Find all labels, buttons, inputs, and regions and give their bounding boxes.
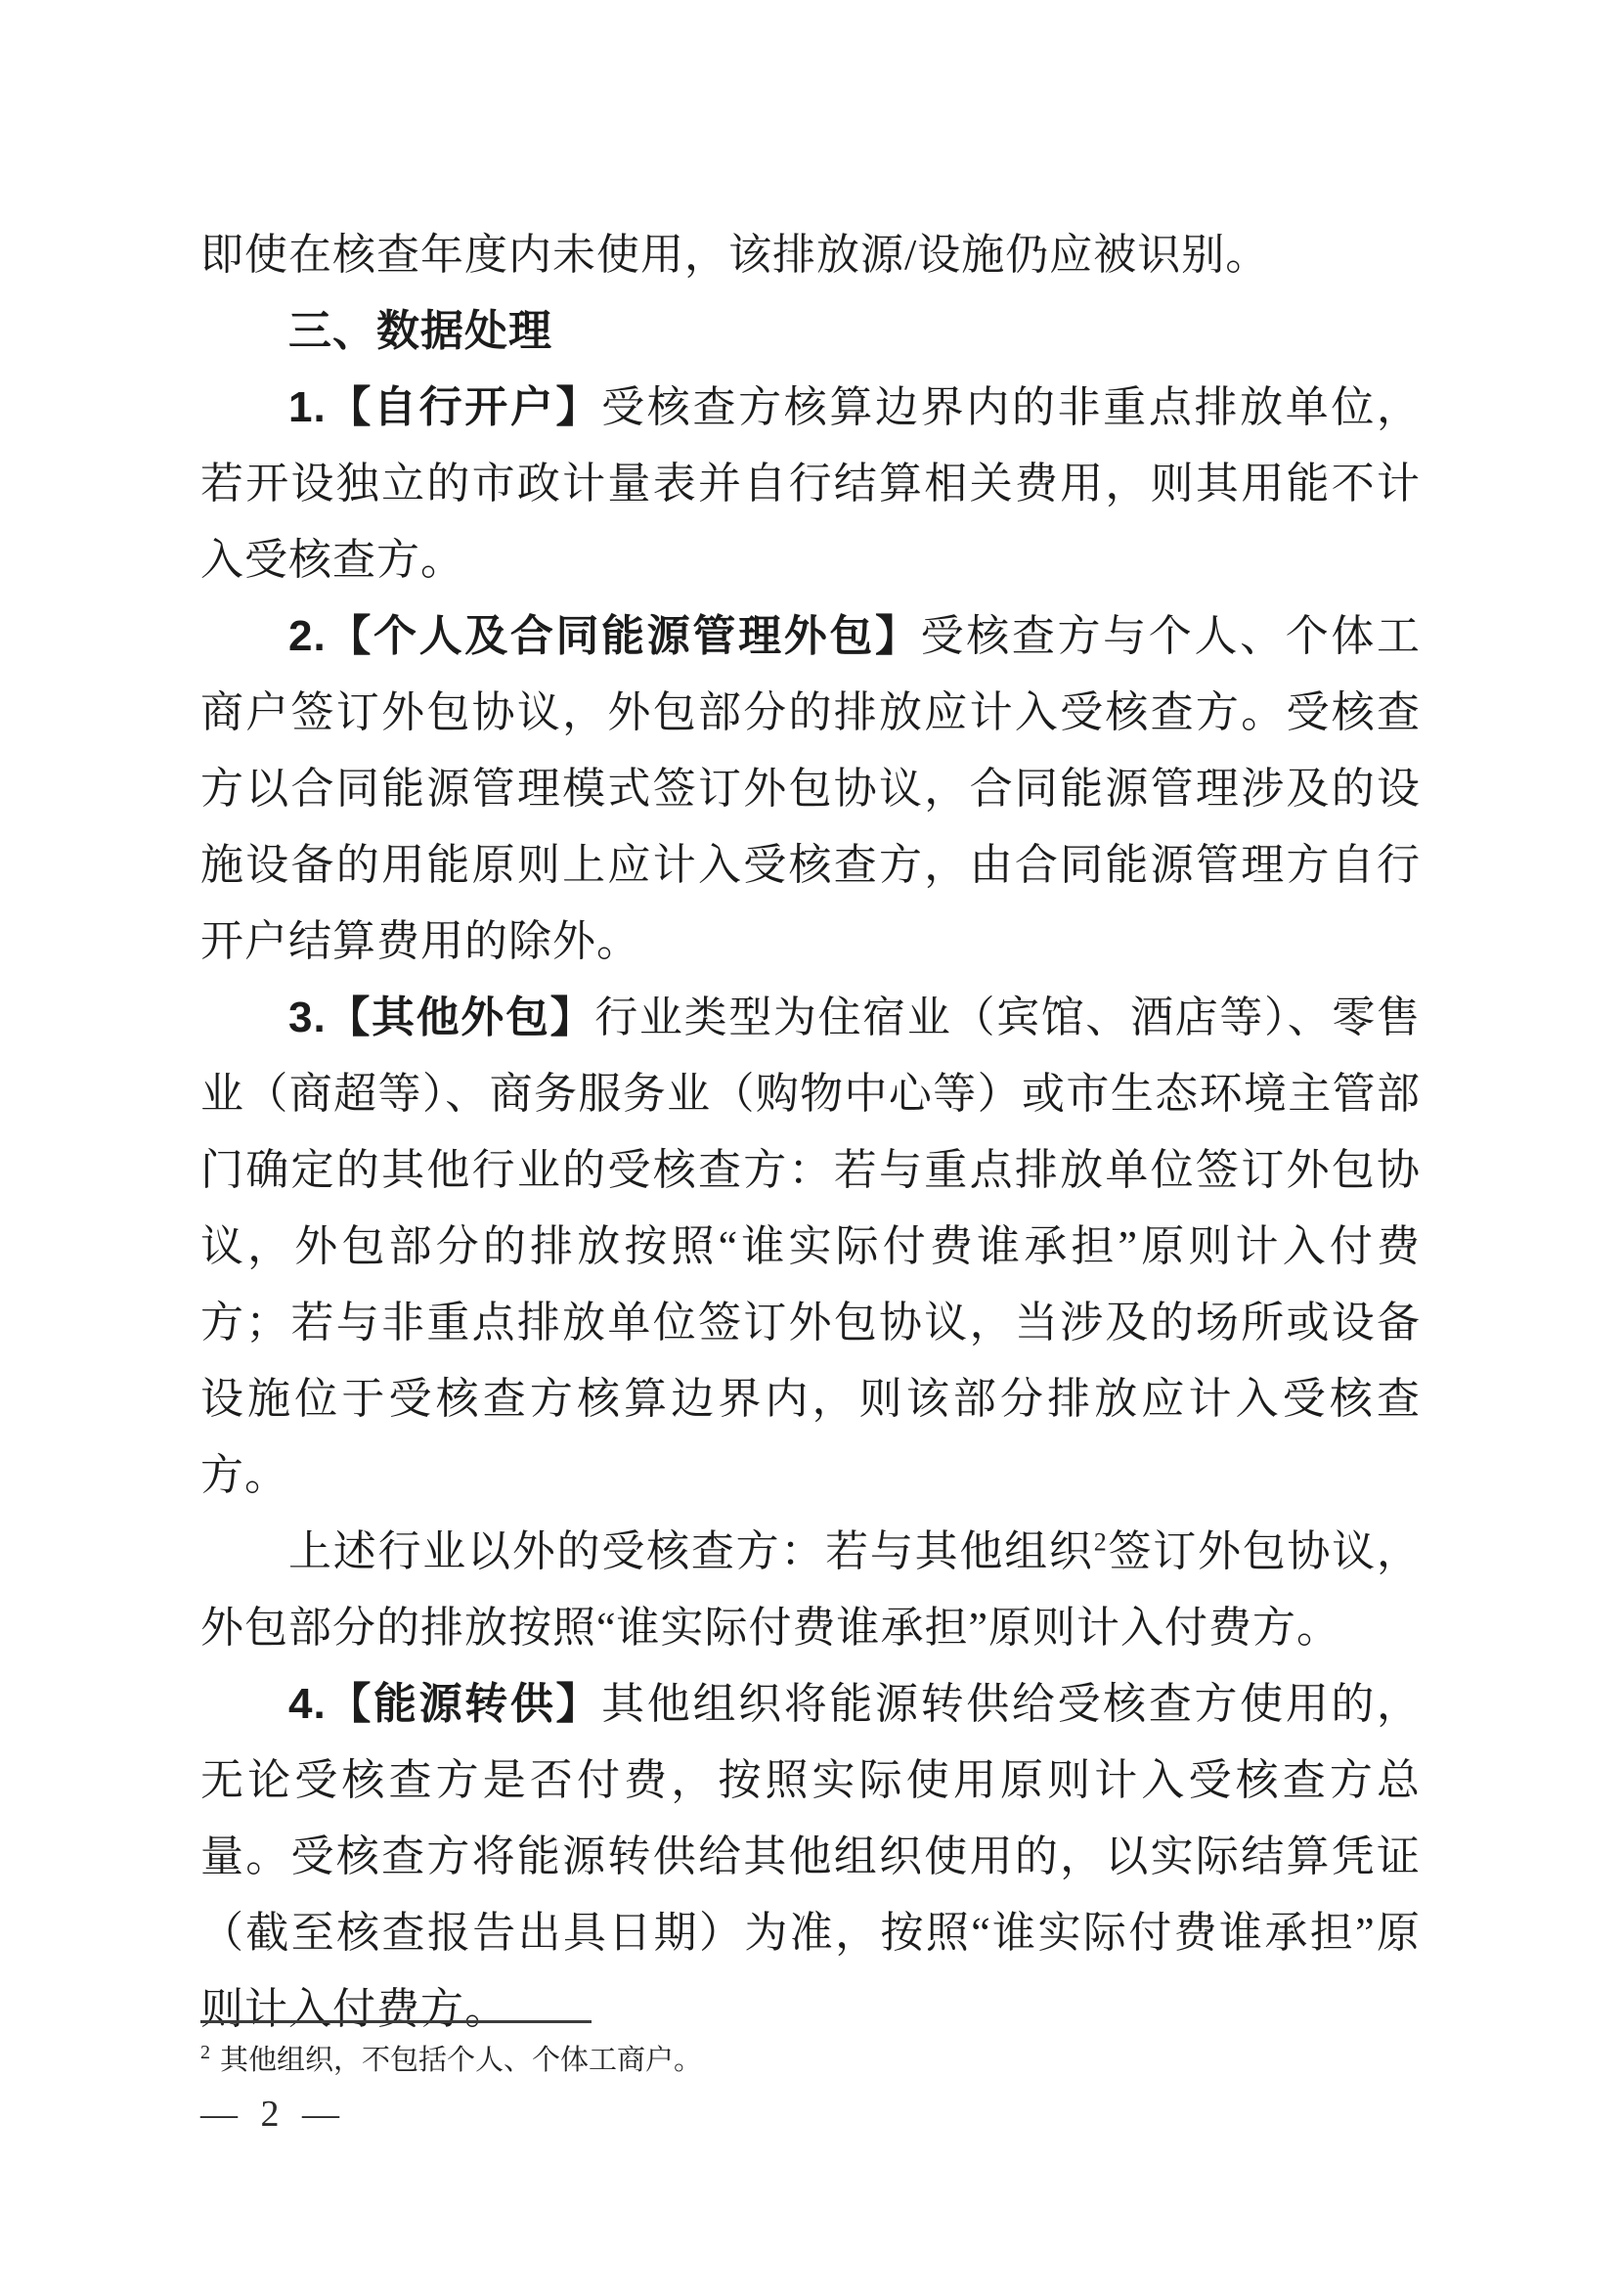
other-industries-lead: 上述行业以外的受核查方：若与其他组织 <box>288 1527 1094 1575</box>
footnote: 2其他组织，不包括个人、个体工商户。 <box>200 2040 1421 2081</box>
paragraph-item-4: 4.【能源转供】其他组织将能源转供给受核查方使用的，无论受核查方是否付费，按照实… <box>200 1666 1421 2048</box>
item-3-label: 3.【其他外包】 <box>288 993 594 1041</box>
paragraph-other-industries: 上述行业以外的受核查方：若与其他组织2签订外包协议，外包部分的排放按照“谁实际付… <box>200 1514 1421 1666</box>
footnote-marker: 2 <box>200 2042 210 2063</box>
item-4-label: 4.【能源转供】 <box>288 1680 601 1728</box>
paragraph-item-2: 2.【个人及合同能源管理外包】受核查方与个人、个体工商户签订外包协议，外包部分的… <box>200 598 1421 980</box>
document-body: 即使在核查年度内未使用，该排放源/设施仍应被识别。 三、数据处理 1.【自行开户… <box>200 217 1421 2048</box>
page-number: — 2 — <box>200 2093 346 2136</box>
footnote-separator <box>200 2020 592 2023</box>
footnote-text: 其他组织，不包括个人、个体工商户。 <box>220 2045 702 2076</box>
footnote-reference-marker: 2 <box>1094 1527 1108 1556</box>
item-4-body: 其他组织将能源转供给受核查方使用的，无论受核查方是否付费，按照实际使用原则计入受… <box>200 1680 1421 2033</box>
paragraph-continuation: 即使在核查年度内未使用，该排放源/设施仍应被识别。 <box>200 217 1421 293</box>
section-heading: 三、数据处理 <box>200 293 1421 370</box>
document-page: 即使在核查年度内未使用，该排放源/设施仍应被识别。 三、数据处理 1.【自行开户… <box>0 0 1623 2296</box>
item-2-label: 2.【个人及合同能源管理外包】 <box>288 612 921 660</box>
paragraph-item-1: 1.【自行开户】受核查方核算边界内的非重点排放单位，若开设独立的市政计量表并自行… <box>200 370 1421 598</box>
item-1-label: 1.【自行开户】 <box>288 383 601 431</box>
paragraph-text: 即使在核查年度内未使用，该排放源/设施仍应被识别。 <box>200 231 1269 279</box>
item-2-body: 受核查方与个人、个体工商户签订外包协议，外包部分的排放应计入受核查方。受核查方以… <box>200 612 1421 965</box>
section-heading-text: 三、数据处理 <box>288 307 552 355</box>
item-3-body: 行业类型为住宿业（宾馆、酒店等）、零售业（商超等）、商务服务业（购物中心等）或市… <box>200 993 1421 1499</box>
paragraph-item-3: 3.【其他外包】行业类型为住宿业（宾馆、酒店等）、零售业（商超等）、商务服务业（… <box>200 980 1421 1514</box>
